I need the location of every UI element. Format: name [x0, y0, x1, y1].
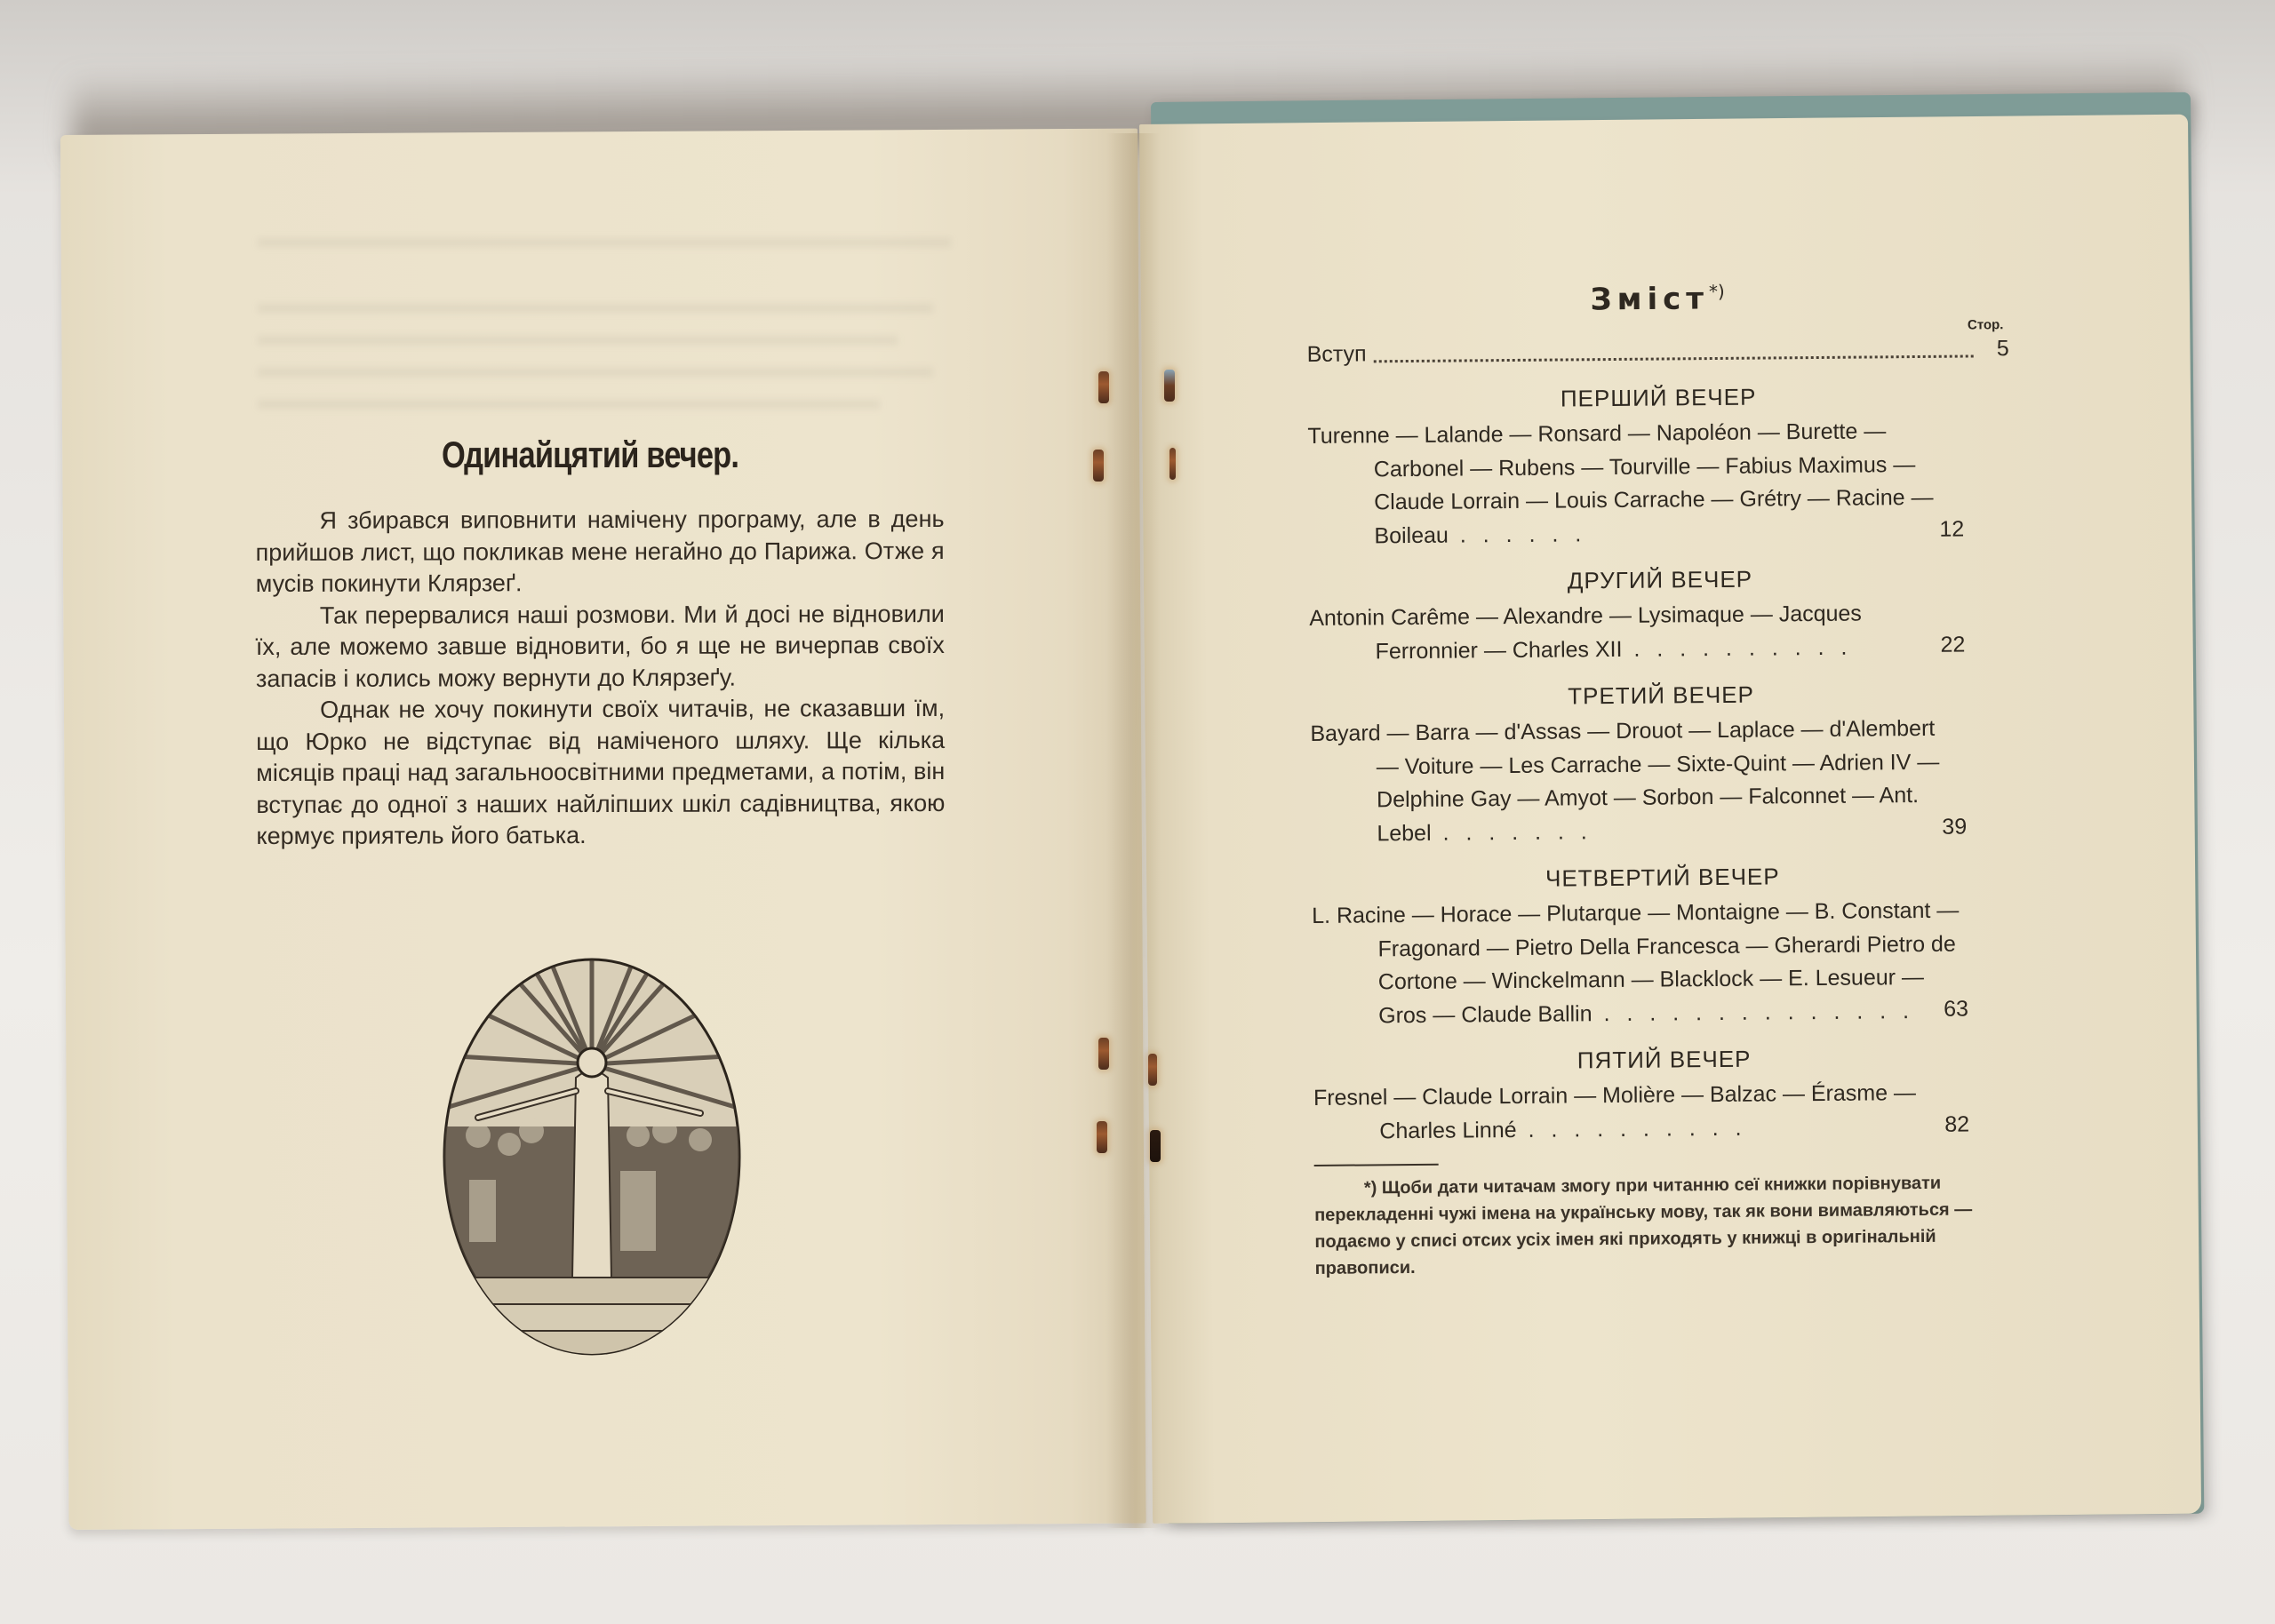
toc-page-number: 5 [1983, 332, 2009, 365]
bleed-through-line [258, 304, 933, 313]
staple [1093, 450, 1104, 482]
dot-leader: . . . . . . . . . . [1622, 634, 1852, 661]
dot-leader: . . . . . . [1449, 521, 1587, 547]
toc-section-heading: ДРУГИЙ ВЕЧЕР [1309, 563, 2011, 597]
chapter-body: Я збирався виповнити намічену програму, … [255, 504, 945, 853]
bleed-through-line [258, 400, 880, 409]
staple [1150, 1130, 1161, 1162]
bleed-through-line [258, 368, 933, 377]
dot-leader: . . . . . . . . . . . . . . [1592, 999, 1914, 1026]
bleed-through-line [258, 238, 951, 247]
toc-section-heading: ПЕРШИЙ ВЕЧЕР [1307, 381, 2009, 415]
table-of-contents: Зміст*) Стор. Вступ 5 ПЕРШИЙ ВЕЧЕР Turen… [1306, 278, 2017, 1282]
dot-leader [1374, 355, 1974, 363]
toc-entry: Antonin Carême — Alexandre — Lysimaque —… [1309, 596, 2012, 669]
toc-section-heading: ЧЕТВЕРТИЙ ВЕЧЕР [1312, 861, 2014, 895]
staple [1148, 1054, 1157, 1086]
dot-leader: . . . . . . . . . . [1516, 1116, 1746, 1142]
footnote-mark: *) [1709, 281, 1725, 302]
body-paragraph: Я збирався виповнити намічену програму, … [255, 504, 944, 601]
footnote-divider [1314, 1164, 1439, 1166]
staple [1164, 370, 1175, 402]
staple [1097, 1121, 1107, 1153]
bleed-through-line [258, 336, 898, 345]
toc-intro-row: Вступ 5 [1307, 332, 2009, 371]
body-paragraph: Так перервалися наші розмови. Ми й досі … [256, 598, 945, 695]
footnote-text: *) Щоби дати читачам змогу при читанню с… [1314, 1169, 2017, 1282]
dot-leader: . . . . . . . [1431, 819, 1592, 846]
toc-intro-label: Вступ [1307, 338, 1367, 372]
toc-entry-names: Turenne — Lalande — Ronsard — Napoléon —… [1307, 419, 1933, 549]
oval-engraving-illustration [443, 958, 741, 1356]
staple [1098, 1038, 1109, 1070]
body-paragraph: Однак не хочу покинути своїх читачів, не… [256, 693, 945, 853]
toc-entry: Bayard — Barra — d'Assas — Drouot — Lapl… [1310, 712, 2013, 851]
book-gutter [1106, 133, 1160, 1528]
toc-entry: Turenne — Lalande — Ronsard — Napoléon —… [1307, 414, 2010, 553]
toc-entry-names: Bayard — Barra — d'Assas — Drouot — Lapl… [1310, 716, 1939, 846]
toc-section-heading: ТРЕТИЙ ВЕЧЕР [1310, 679, 2012, 712]
staple [1169, 448, 1176, 480]
staple [1098, 371, 1109, 403]
toc-entry: L. Racine — Horace — Plutarque — Montaig… [1312, 894, 2015, 1033]
toc-section-heading: ПЯТИЙ ВЕЧЕР [1313, 1043, 2016, 1077]
chapter-title: Одинайцятий вечер. [442, 434, 738, 476]
toc-entry: Fresnel — Claude Lorrain — Molière — Bal… [1313, 1076, 2016, 1149]
toc-title: Зміст*) [1306, 278, 2008, 320]
